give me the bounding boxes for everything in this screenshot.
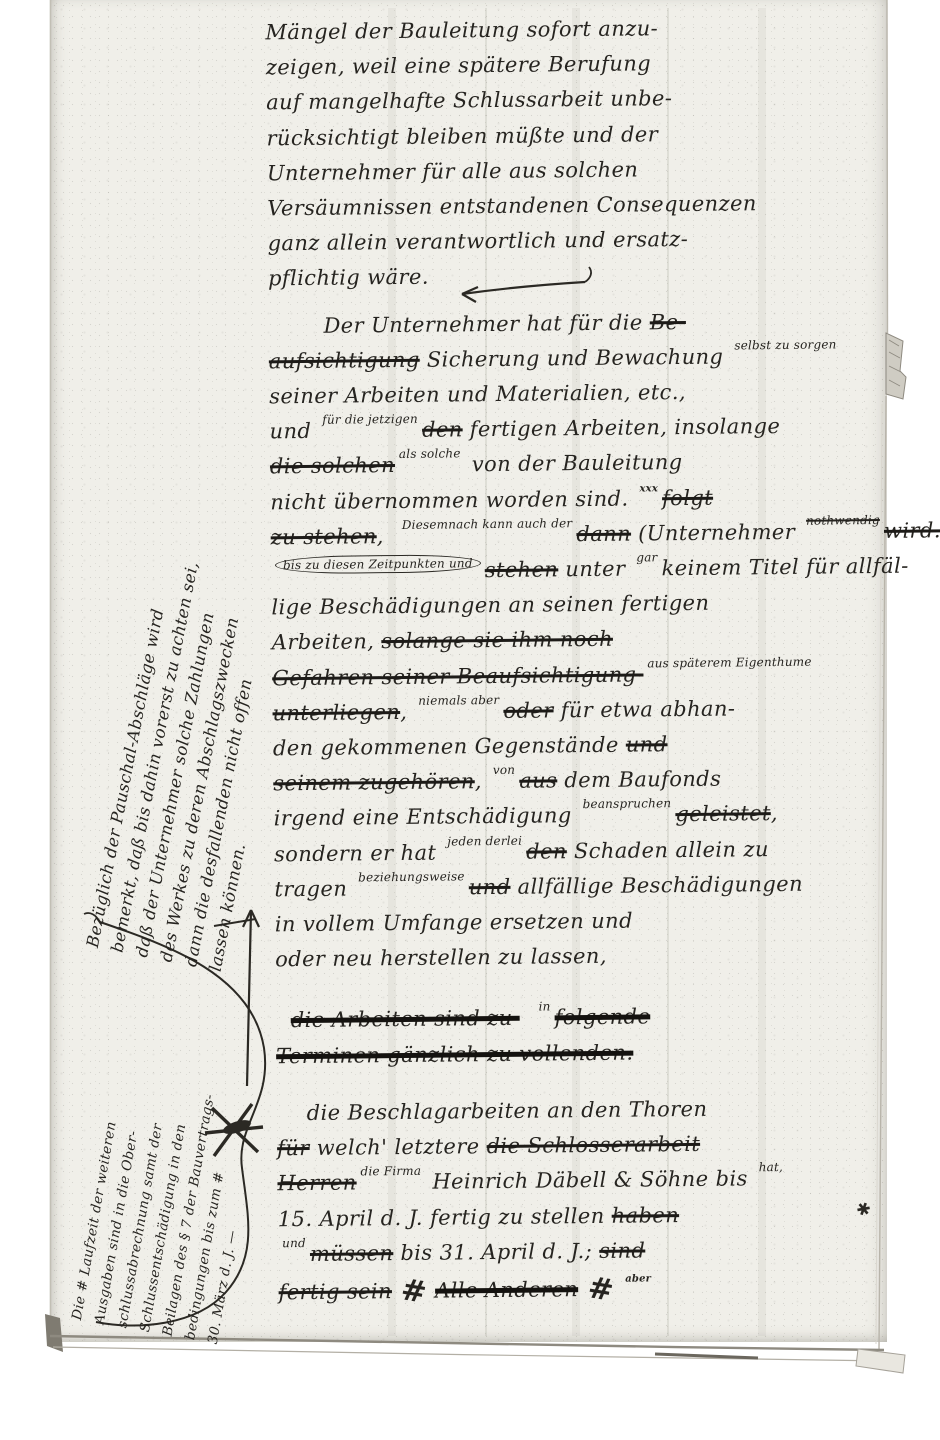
text-run: (Unternehmer [631,520,802,546]
handwritten-line: Terminen gänzlich zu vollenden. [276,1032,912,1074]
under-sheet-dark-dash [655,1354,758,1358]
text-run: Heinrich Däbell & Söhne bis [425,1167,755,1194]
struck-run: dann [576,521,631,546]
text-run: auf mangelhafte Schlussarbeit unbe- [266,87,672,115]
text-run: den gekommenen Gegenstände [273,733,626,761]
struck-run: Gefahren seiner Beaufsichtigung [272,662,644,690]
text-run: keinem Titel für allfäl- [661,554,908,581]
text-run: , [400,700,414,724]
text-run: von der Bauleitung [465,450,683,476]
text-run: , [771,802,778,826]
text-run: bis 31. April d. J.; [393,1239,599,1265]
struck-run: oder [503,698,553,723]
text-run: welch' letztere [310,1134,487,1160]
insert-run: xxx [639,484,658,494]
text-run: die Beschlagarbeiten an den Thoren [307,1097,708,1125]
handwritten-line: bis zu diesen Zeitpunkten undstehen unte… [271,549,907,591]
struck-run: stehen [485,557,559,582]
struck-run: Herren [277,1171,356,1196]
hash-mark: # [399,1272,428,1311]
text-run: Schaden allein zu [567,837,769,863]
text-run: dem Baufonds [557,767,721,793]
text-run: sondern er hat [274,840,444,866]
struck-run: Be- [650,310,686,334]
struck-run: geleistet [675,802,771,827]
insert-run: gar [636,551,657,563]
insert-run: die Firma [360,1165,421,1178]
text-run: irgend eine Entschädigung [274,804,579,831]
text-run: oder neu herstellen zu lassen, [275,944,607,971]
struck-run: haben [612,1203,680,1228]
struck-run: und [626,732,668,756]
scribbled-run: Alle Anderen [435,1277,578,1302]
struck-run: unterliegen [272,700,400,725]
handwritten-line: aufsichtigung Sicherung und Bewachung se… [269,338,905,380]
insert-run: als solche [399,448,461,461]
struck-run: sind [599,1238,645,1262]
text-run: Der Unternehmer hat für die [323,310,650,337]
handwritten-line: fertig sein#Alle Anderen#aber [278,1266,914,1311]
insert-run: für die jetzigen [322,413,418,426]
struck-run: den [526,839,567,863]
struck-run: für [277,1136,310,1160]
hash-mark: # [585,1270,614,1309]
struck-line-run: die Arbeiten sind zu [291,1006,520,1032]
struck-run: wird. [884,518,940,543]
scanned-document: Mängel der Bauleitung sofort anzu-zeigen… [0,0,940,1440]
handwritten-line: Gefahren seiner Beaufsichtigung aus spät… [272,654,908,696]
insert-run: aus späterem Eigenthume [647,655,811,669]
bottom-right-sheet-tab [856,1349,905,1373]
struck-line-run: folgende [555,1005,651,1030]
text-run: nicht übernommen worden sind. [270,486,635,514]
struck-line-run: Terminen gänzlich zu vollenden. [276,1040,633,1068]
text-run: für etwa abhan- [553,696,735,722]
insert-run: beziehungsweise [358,870,465,883]
insert-run: aber [625,1274,651,1284]
insert-run: hat, [759,1161,783,1173]
handwritten-line: oder neu herstellen zu lassen, [275,936,911,978]
insert-run: beanspruchen [583,798,672,811]
insert-run: niemals aber [418,694,499,707]
struck-run: die Schlosserarbeit [486,1132,700,1158]
struck-run: solange sie ihm noch [381,627,613,653]
struck-run: fertig sein [278,1279,392,1304]
text-run: unter [558,557,632,582]
struck-run: müssen [310,1241,394,1266]
text-run: 15. April d. J. fertig zu stellen [278,1203,612,1230]
struck-run: folgt [662,485,713,510]
text-run: , [475,769,489,793]
struck-run: den [422,418,463,442]
insert-run: und [282,1237,306,1249]
insert-run: Diesemnach kann auch der [402,517,573,531]
text-run: fertigen Arbeiten, insolange [463,414,781,441]
insert-run: von [493,764,515,776]
text-run: Sicherung und Bewachung [420,344,731,371]
struck-run: und [469,875,511,899]
insert-run: in [523,1001,550,1013]
text-run: lige Beschädigungen an seinen fertigen [271,591,709,620]
struck-run: seinem zugehören [273,769,475,795]
text-run: allfällige Beschädigungen [510,872,803,899]
insert-run: jeden derlei [447,834,522,847]
under-sheet-edge [53,1347,886,1361]
text-run: Mängel der Bauleitung sofort anzu- [265,16,658,44]
struck-insert-run: nothwendig [806,514,880,527]
text-run: tragen [274,876,354,901]
struck-run: aus [519,769,557,793]
text-run: in vollem Umfange ersetzen und [275,909,633,937]
insert-run: selbst zu sorgen [734,338,836,351]
text-run: zeigen, weil eine spätere Berufung [266,52,652,80]
text-run: , [377,524,398,548]
